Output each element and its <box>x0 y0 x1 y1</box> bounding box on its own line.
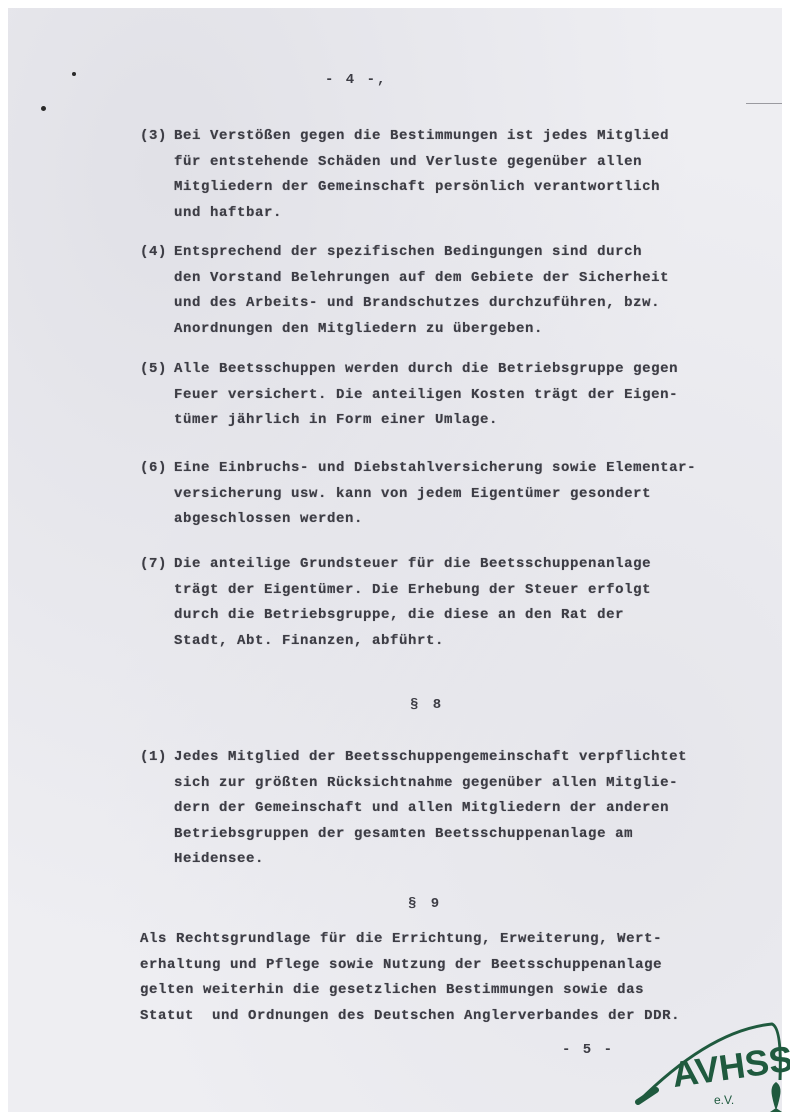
text-line: Alle Beetsschuppen werden durch die Betr… <box>174 357 760 383</box>
text-line: Anordnungen den Mitgliedern zu übergeben… <box>174 317 760 343</box>
svg-text:e.V.: e.V. <box>714 1093 734 1107</box>
paragraph-7: (7)Die anteilige Grundsteuer für die Bee… <box>140 552 760 654</box>
svg-text:AVHSS: AVHSS <box>669 1038 790 1095</box>
fishing-rod-logo-icon: AVHSS e.V. <box>600 1020 790 1116</box>
paragraph-6: (6)Eine Einbruchs- und Diebstahlversiche… <box>140 456 760 533</box>
text-line: Entsprechend der spezifischen Bedingunge… <box>174 240 760 266</box>
text-line: Heidensee. <box>174 847 760 873</box>
ink-speck <box>72 72 76 76</box>
scan-mark <box>746 103 782 104</box>
text-line: den Vorstand Belehrungen auf dem Gebiete… <box>174 266 760 292</box>
text-line: Die anteilige Grundsteuer für die Beetss… <box>174 552 760 578</box>
section-9-paragraph: Als Rechtsgrundlage für die Errichtung, … <box>140 927 760 1029</box>
paragraph-number: (1) <box>140 745 167 771</box>
page-number-top: - 4 -, <box>325 72 387 88</box>
text-line: für entstehende Schäden und Verluste geg… <box>174 150 760 176</box>
text-line: sich zur größten Rücksichtnahme gegenübe… <box>174 771 760 797</box>
text-line: trägt der Eigentümer. Die Erhebung der S… <box>174 578 760 604</box>
paragraph-number: (3) <box>140 124 167 150</box>
text-line: dern der Gemeinschaft und allen Mitglied… <box>174 796 760 822</box>
text-line: tümer jährlich in Form einer Umlage. <box>174 408 760 434</box>
text-line: versicherung usw. kann von jedem Eigentü… <box>174 482 760 508</box>
text-line: gelten weiterhin die gesetzlichen Bestim… <box>140 978 760 1004</box>
text-line: und des Arbeits- und Brandschutzes durch… <box>174 291 760 317</box>
text-line: Eine Einbruchs- und Diebstahlversicherun… <box>174 456 760 482</box>
section-8-heading: § 8 <box>410 697 444 713</box>
text-line: Als Rechtsgrundlage für die Errichtung, … <box>140 927 760 953</box>
avhss-logo: AVHSS e.V. <box>600 1020 790 1116</box>
paragraph-5: (5)Alle Beetsschuppen werden durch die B… <box>140 357 760 434</box>
paragraph-number: (6) <box>140 456 167 482</box>
text-line: abgeschlossen werden. <box>174 507 760 533</box>
text-line: und haftbar. <box>174 201 760 227</box>
text-line: Mitgliedern der Gemeinschaft persönlich … <box>174 175 760 201</box>
text-line: Feuer versichert. Die anteiligen Kosten … <box>174 383 760 409</box>
section-9-heading: § 9 <box>408 896 442 912</box>
text-line: erhaltung und Pflege sowie Nutzung der B… <box>140 953 760 979</box>
ink-speck <box>41 106 46 111</box>
text-line: Stadt, Abt. Finanzen, abführt. <box>174 629 760 655</box>
text-line: Jedes Mitglied der Beetsschuppengemeinsc… <box>174 745 760 771</box>
paragraph-4: (4)Entsprechend der spezifischen Bedingu… <box>140 240 760 342</box>
text-line: Betriebsgruppen der gesamten Beetsschupp… <box>174 822 760 848</box>
text-line: Bei Verstößen gegen die Bestimmungen ist… <box>174 124 760 150</box>
paragraph-number: (7) <box>140 552 167 578</box>
paragraph-number: (4) <box>140 240 167 266</box>
paragraph-number: (5) <box>140 357 167 383</box>
text-line: durch die Betriebsgruppe, die diese an d… <box>174 603 760 629</box>
section-8-paragraph-1: (1) Jedes Mitglied der Beetsschuppengeme… <box>140 745 760 873</box>
paragraph-3: (3)Bei Verstößen gegen die Bestimmungen … <box>140 124 760 226</box>
